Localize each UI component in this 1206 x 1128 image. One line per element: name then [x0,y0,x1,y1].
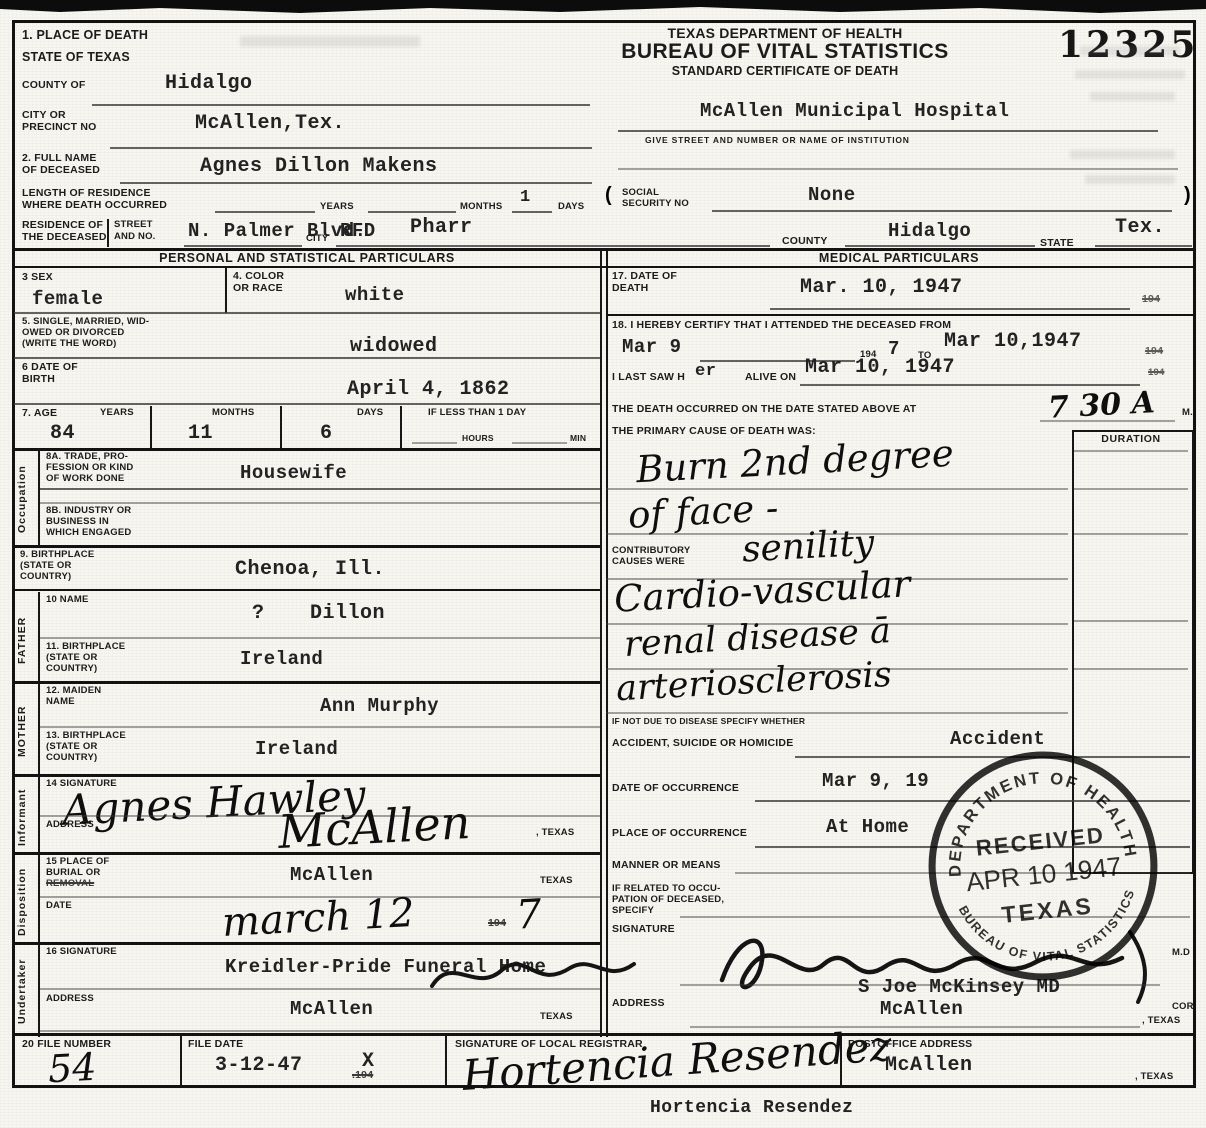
place-occurrence-value: At Home [826,816,909,838]
mother-bp-value: Ireland [255,738,338,760]
ifrelated-label-3: SPECIFY [612,906,654,917]
fullname-label-2: OF DECEASED [22,165,100,177]
accident-label: ACCIDENT, SUICIDE OR HOMICIDE [612,738,793,750]
duration-rule-1 [1074,488,1188,490]
date-occurrence-label: DATE OF OCCURRENCE [612,783,739,795]
medical-section-header: MEDICAL PARTICULARS [606,251,1192,265]
residence-label-2: THE DECEASED [22,232,107,244]
file-number-value: 54 [47,1045,98,1091]
postoffice-value: McAllen [885,1054,973,1077]
months-value: 1 [520,188,531,207]
city-value: McAllen,Tex. [195,112,345,135]
father-bp-value: Ireland [240,648,323,670]
hospital-value: McAllen Municipal Hospital [700,100,1009,122]
age-years-label: YEARS [100,408,134,419]
manner-label: MANNER OR MEANS [612,860,721,872]
father-name-q: ? [252,602,265,625]
city-small-label: CITY [306,234,328,245]
undertaker-signature-scribble [420,948,650,1002]
color-label-2: OR RACE [233,283,283,295]
side-mother-label: MOTHER [16,688,28,774]
contributory-label-2: CAUSES WERE [612,557,685,568]
duration-rule-2 [1074,533,1188,535]
dod-label-1: 17. DATE OF [612,271,677,283]
md-label: M.D [1172,948,1190,959]
cor-label: COR [1172,1002,1194,1013]
torn-scan-edge [0,0,1206,14]
cause-line-1: Burn 2nd degree [635,432,955,492]
sex-label: 3 SEX [22,272,53,284]
physician-addr-rule [690,1026,1140,1028]
dob-label-1: 6 DATE OF [22,362,78,374]
age-lessthan-label: IF LESS THAN 1 DAY [428,408,526,419]
fullname-label-1: 2. FULL NAME [22,153,97,165]
lastsaw-year-stub: 194 [1148,368,1164,379]
len-rule-3 [512,211,552,213]
undertaker-address-label: ADDRESS [46,994,94,1005]
undertaker-address-value: McAllen [290,998,373,1020]
dob-value: April 4, 1862 [347,378,510,401]
duration-rule-4 [1074,668,1188,670]
side-undertaker-label: Undertaker [16,948,28,1034]
undertaker-signature-label: 16 SIGNATURE [46,947,117,958]
industry-label-3: WHICH ENGAGED [46,528,131,539]
residence-county-value: Hidalgo [888,220,971,242]
duration-rule-0 [1074,450,1188,452]
primary-cause-label: THE PRIMARY CAUSE OF DEATH WAS: [612,426,816,438]
registrar-typed-name: Hortencia Resendez [650,1098,853,1118]
column-divider [600,250,602,1037]
residence-city-value: Pharr [410,216,473,239]
father-name-value: Dillon [310,602,385,625]
row-rule-10 [40,637,600,639]
father-name-label: 10 NAME [46,595,89,606]
personal-section-header: PERSONAL AND STATISTICAL PARTICULARS [14,251,600,265]
lastsaw-er-value: er [695,362,716,381]
age-divider-3 [400,406,402,450]
received-stamp-graphic: DEPARTMENT OF HEALTH BUREAU OF VITAL STA… [910,733,1176,999]
file-date-value: 3-12-47 [215,1054,303,1077]
dod-rule [770,308,1130,310]
row-rule-8a [40,488,600,490]
bottom-band-rule [12,1033,1196,1036]
mother-bp-label-3: COUNTRY) [46,753,97,764]
side-informant-label: Informant [16,780,28,854]
min-label: MIN [570,434,586,444]
disposition-date-label: DATE [46,901,72,912]
burial-label-3: REMOVAL [46,879,94,890]
lastsaw-rule [800,384,1140,386]
bottom-divider-1 [180,1035,182,1085]
undertaker-texas-label: TEXAS [540,1012,573,1023]
band-bottom-rule [12,266,1196,268]
street-label-1: STREET [114,220,153,231]
ifnot-label: IF NOT DUE TO DISEASE SPECIFY WHETHER [612,717,805,727]
bottom-divider-2 [445,1035,447,1085]
age-days-value: 6 [320,422,333,445]
sex-value: female [32,288,103,310]
dod-year-stub: 194 [1142,294,1160,306]
bureau-title: BUREAU OF VITAL STATISTICS [600,40,970,64]
age-years-value: 84 [50,422,75,445]
cause-rule-6 [606,712,1068,714]
cause-line-3: senility [741,523,875,571]
column-divider-inner [606,250,608,1037]
file-date-label: FILE DATE [188,1039,243,1051]
stamp-state-text: TEXAS [1000,892,1095,928]
row-rule-dob [14,403,600,405]
county-label: COUNTY OF [22,80,85,92]
street-label-2: AND NO. [114,232,156,243]
hours-rule [412,442,457,444]
hospital-rule [618,130,1158,132]
age-divider-1 [150,406,152,450]
informant-texas-label: , TEXAS [536,828,574,839]
birthplace-label-3: COUNTRY) [20,572,71,583]
lastsaw-label-1: I LAST SAW H [612,372,685,384]
len-rule-1 [215,211,315,213]
birthplace-value: Chenoa, Ill. [235,558,385,581]
city-label-2: PRECINCT NO [22,122,97,134]
postoffice-texas-label: , TEXAS [1135,1072,1173,1083]
burial-texas-label: TEXAS [540,876,573,887]
informant-address-label: ADDRESS [46,820,94,831]
physician-address-label: ADDRESS [612,998,665,1010]
attended-to-value: Mar 10,1947 [944,330,1082,353]
side-disposition-label: Disposition [16,860,28,944]
trade-value: Housewife [240,462,347,484]
father-bp-label-3: COUNTRY) [46,664,97,675]
lastsaw-label-2: ALIVE ON [745,372,796,384]
ssn-paren-close: ) [1184,184,1191,207]
row-rule-8b [12,545,600,548]
city-label-1: CITY OR [22,110,66,122]
years-label: YEARS [320,202,354,213]
residence-tick [107,219,109,247]
duration-label: DURATION [1072,434,1190,446]
fullname-value: Agnes Dillon Makens [200,155,438,178]
side-occupation-label: Occupation [16,452,28,546]
duration-rule-3 [1074,620,1188,622]
days-label: DAYS [558,202,584,213]
bleed-artifact [1080,46,1180,56]
maiden-label-2: NAME [46,697,75,708]
res-rule-3 [845,245,1035,247]
postoffice-label: POSTOFFICE ADDRESS [848,1039,972,1051]
residence-label-1: RESIDENCE OF [22,220,103,232]
physician-signature-label: SIGNATURE [612,924,675,936]
residence-length-label-2: WHERE DEATH OCCURRED [22,200,167,212]
row-rule-12 [40,726,600,728]
residence-state-value: Tex. [1115,216,1165,239]
ssn-paren-open: ( [605,184,612,207]
months-label: MONTHS [460,202,502,213]
standard-title: STANDARD CERTIFICATE OF DEATH [615,64,955,78]
disposition-date-script: march 12 [221,890,416,946]
certify-label: 18. I HEREBY CERTIFY THAT I ATTENDED THE… [612,320,951,332]
residence-length-label-1: LENGTH OF RESIDENCE [22,188,151,200]
border-top [12,20,1196,23]
rfd-value: RFD [340,220,376,242]
row-rule-16 [40,988,600,990]
sex-color-divider [225,268,227,313]
bleed-artifact [240,36,420,47]
row-rule-16b [40,1030,600,1032]
age-months-value: 11 [188,422,213,445]
maiden-value: Ann Murphy [320,695,439,717]
res-rule-4 [1095,245,1192,247]
bleed-artifact [1075,70,1185,79]
row-rule-9 [12,589,600,591]
dod-label-2: DEATH [612,283,648,295]
burial-value: McAllen [290,864,373,886]
res-rule-1 [184,245,302,247]
place-occurrence-label: PLACE OF OCCURRENCE [612,828,747,840]
side-father-label: FATHER [16,596,28,684]
disposition-date-year-script: 7 [515,891,543,938]
marital-value: widowed [350,335,438,358]
death-occurred-label: THE DEATH OCCURRED ON THE DATE STATED AB… [612,404,916,416]
death-time-m-label: M. [1182,408,1193,419]
certificate-number: 12325 [1058,24,1198,66]
city-rule [110,147,592,149]
time-rule [1040,420,1175,422]
sidecol-divider-occ [38,448,40,548]
dod-value: Mar. 10, 1947 [800,276,963,299]
attended-from-value: Mar 9 [622,336,682,358]
lastsaw-value: Mar 10, 1947 [805,356,955,379]
county-value: Hidalgo [165,72,253,95]
res-rule-2 [336,245,770,247]
ssn-rule [712,210,1172,212]
bleed-artifact [1090,92,1175,101]
marital-label-3: (WRITE THE WORD) [22,339,117,350]
trade-label-3: OF WORK DONE [46,474,124,485]
row-rule-14b [12,852,600,855]
physician-city-value: McAllen [880,998,963,1020]
row-rule-marital [14,357,600,359]
row-rule-8a2 [40,502,600,504]
dob-label-2: BIRTH [22,374,55,386]
state-of-texas-label: STATE OF TEXAS [22,50,130,64]
received-stamp: DEPARTMENT OF HEALTH BUREAU OF VITAL STA… [910,733,1176,999]
informant-address-script: McAllen [277,795,472,859]
bleed-artifact [1085,175,1175,184]
age-label: 7. AGE [22,408,57,420]
row-rule-sex [14,312,600,314]
hours-label: HOURS [462,434,494,444]
institution-note: GIVE STREET AND NUMBER OR NAME OF INSTIT… [645,136,910,146]
place-of-death-label: 1. PLACE OF DEATH [22,28,148,42]
row-rule-date [12,942,600,945]
row-rule-17 [606,314,1196,316]
color-value: white [345,284,405,306]
min-rule [512,442,567,444]
age-days-label: DAYS [357,408,383,419]
faint-rule-top [618,168,1178,170]
ssn-value: None [808,184,856,206]
len-rule-2 [368,211,456,213]
death-certificate-scan: 1. PLACE OF DEATH STATE OF TEXAS COUNTY … [0,0,1206,1128]
border-left [12,20,15,1088]
row-rule-11 [12,681,600,684]
county-rule [92,104,590,106]
fullname-rule [120,182,592,184]
age-months-label: MONTHS [212,408,254,419]
color-label-1: 4. COLOR [233,271,284,283]
county-small-label: COUNTY [782,236,828,248]
attended-to-stub: 194 [1145,346,1163,358]
file-date-stub: .194 [352,1070,373,1082]
disposition-date-stub: 194 [488,918,506,930]
physician-texas-label: , TEXAS [1142,1016,1180,1027]
bleed-artifact [1070,150,1175,159]
age-divider-2 [280,406,282,450]
ssn-label-2: SECURITY NO [622,199,689,210]
